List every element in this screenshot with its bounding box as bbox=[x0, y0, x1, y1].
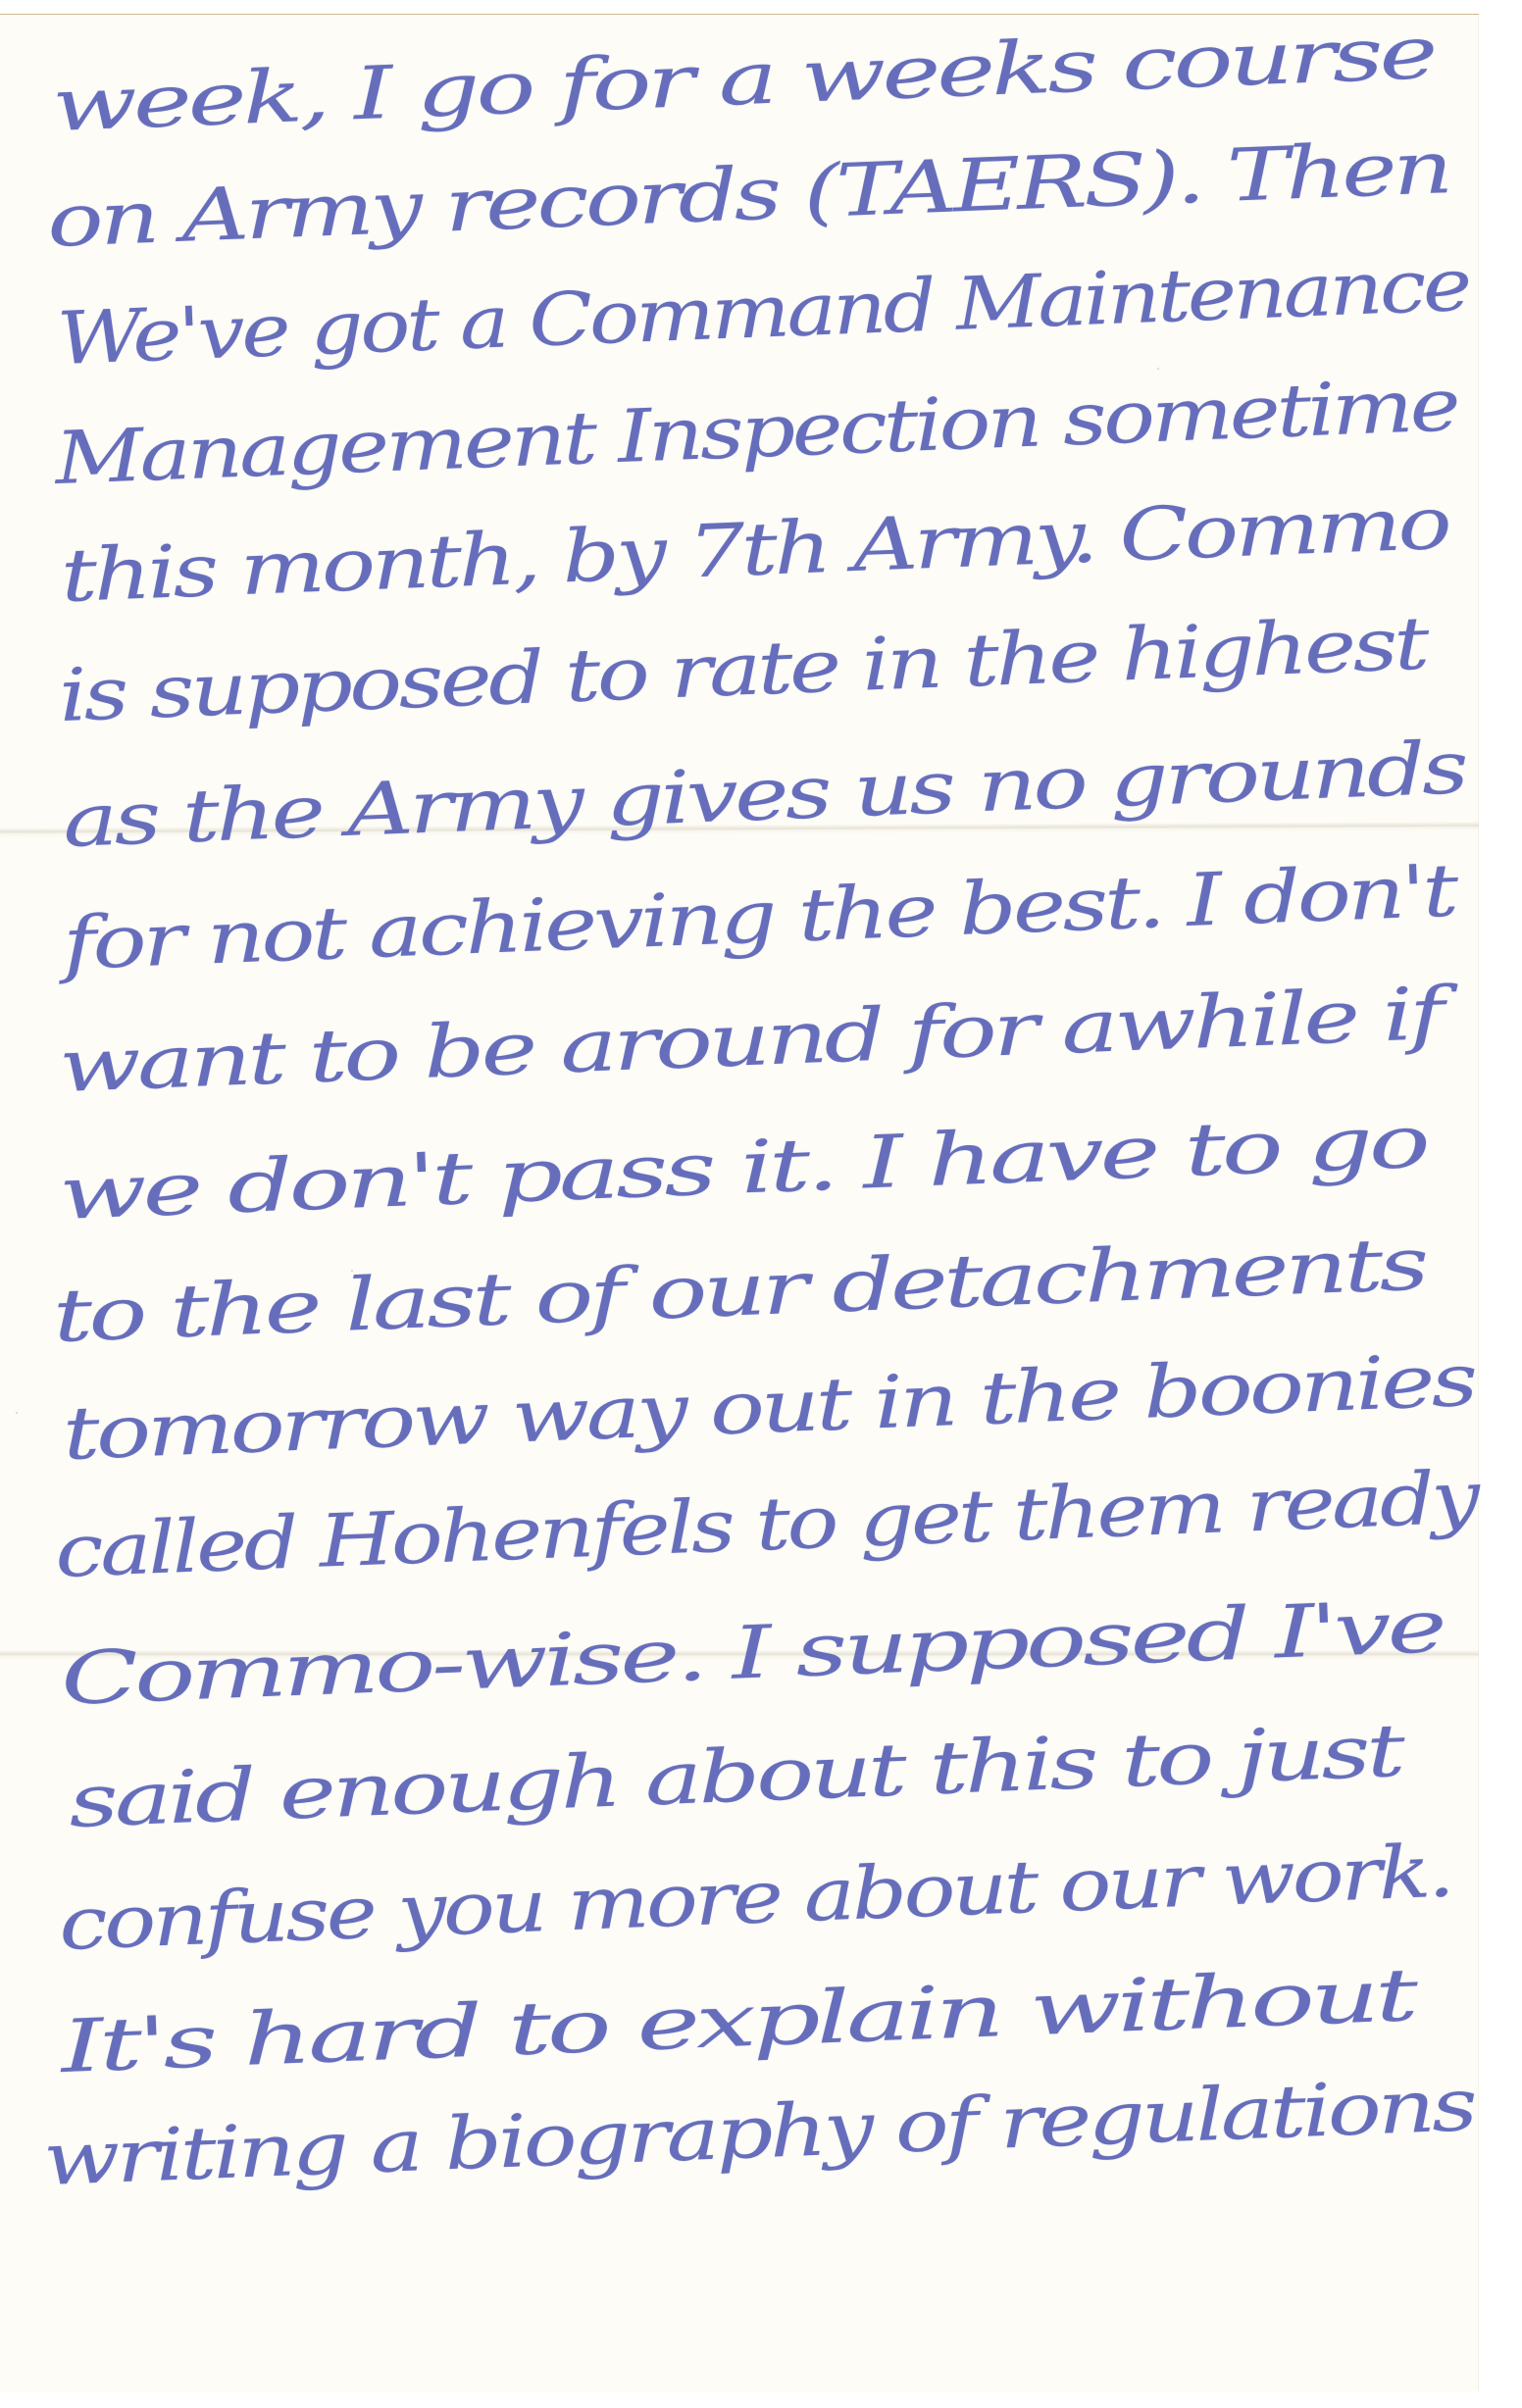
text-line: Management Inspection sometime bbox=[54, 363, 1459, 501]
text-line: we don't pass it. I have to go bbox=[58, 1100, 1428, 1236]
text-line: Commo-wise. I supposed I've bbox=[60, 1584, 1445, 1722]
paper-speck bbox=[16, 1412, 18, 1414]
text-line: called Hohenfels to get them ready bbox=[54, 1455, 1478, 1594]
text-line: confuse you more about our work. bbox=[58, 1830, 1453, 1967]
letter-page: week, I go for a weeks course on Army re… bbox=[0, 14, 1479, 2391]
paper-speck bbox=[1157, 368, 1159, 370]
text-line: writing a biography of regulations bbox=[42, 2063, 1476, 2202]
text-line: to the last of our detachments bbox=[52, 1222, 1427, 1359]
text-line: week, I go for a weeks course bbox=[51, 11, 1436, 148]
text-line: for not achieving the best. I don't bbox=[62, 849, 1456, 986]
text-line: said enough about this to just bbox=[68, 1709, 1403, 1844]
text-line: tomorrow way out in the boonies bbox=[62, 1338, 1476, 1477]
text-line: It's hard to explain without bbox=[60, 1953, 1416, 2089]
text-line: on Army records (TAERS). Then bbox=[46, 125, 1451, 264]
text-line: We've got a Command Maintenance bbox=[56, 243, 1470, 381]
text-line: want to be around for awhile if bbox=[58, 972, 1443, 1109]
text-line: this month, by 7th Army. Commo bbox=[60, 481, 1450, 619]
text-line: is supposed to rate in the highest bbox=[58, 602, 1428, 738]
text-line: as the Army gives us no grounds bbox=[62, 726, 1467, 864]
